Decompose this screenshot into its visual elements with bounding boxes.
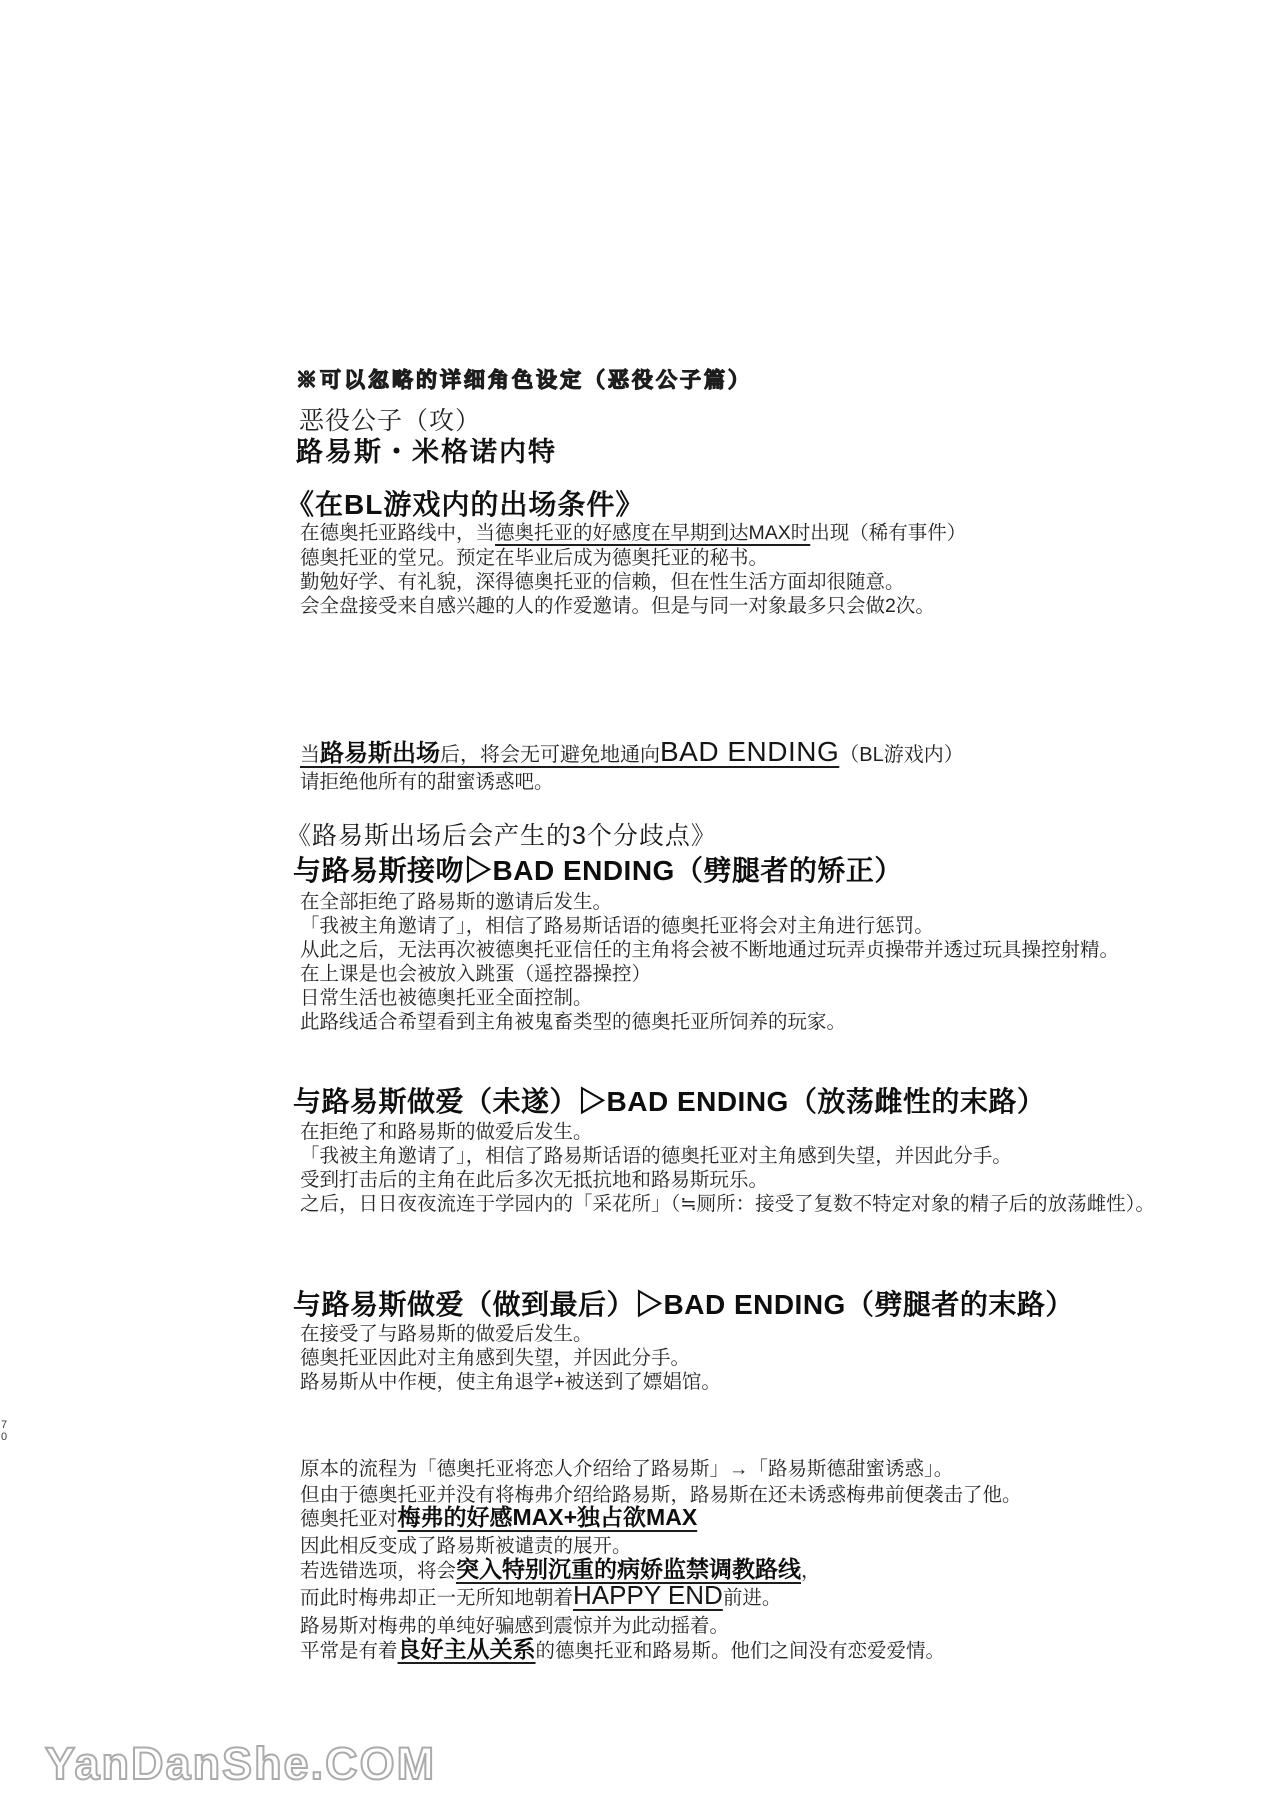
watermark: YanDanShe.COM — [45, 1738, 436, 1790]
note-title: ※可以忽略的详细角色设定（恶役公子篇） — [296, 364, 752, 394]
branch-line: 受到打击后的主角在此后多次无抵抗地和路易斯玩乐。 — [300, 1168, 1155, 1192]
branch-line: 此路线适合希望看到主角被鬼畜类型的德奥托亚所饲养的玩家。 — [300, 1010, 1119, 1034]
branch-1-title: 与路易斯接吻▷BAD ENDING（劈腿者的矫正） — [293, 849, 903, 889]
branch-line: 日常生活也被德奥托亚全面控制。 — [300, 986, 1119, 1010]
notes-line-8-pre: 平常是有着 — [300, 1640, 398, 1662]
notes-line-3-bold: 梅弗的好感MAX+独占欲MAX — [398, 1504, 698, 1530]
branch-line: 在全部拒绝了路易斯的邀请后发生。 — [300, 890, 1119, 914]
branch-line: 之后，日日夜夜流连于学园内的「采花所」（≒厕所：接受了复数不特定对象的精子后的放… — [300, 1192, 1155, 1216]
branch-line: 「我被主角邀请了」，相信了路易斯话语的德奥托亚对主角感到失望，并因此分手。 — [300, 1144, 1155, 1168]
branch-line: 在上课是也会被放入跳蛋（遥控器操控） — [300, 962, 1119, 986]
notes-line-8: 平常是有着良好主从关系的德奥托亚和路易斯。他们之间没有恋爱爱情。 — [300, 1631, 945, 1664]
document-page: ※可以忽略的详细角色设定（恶役公子篇） 恶役公子（攻） 路易斯・米格诺内特 《在… — [0, 0, 1280, 1808]
warning-line: 当路易斯出场后，将会无可避免地通向BAD ENDING（BL游戏内） — [300, 733, 964, 768]
warning-run-pre: 当 — [300, 744, 320, 766]
appearance-line-1-post: 出现（稀有事件） — [810, 522, 966, 544]
notes-line-6: 而此时梅弗却正一无所知地朝着HAPPY END前进。 — [300, 1580, 781, 1611]
branch-1-lines: 在全部拒绝了路易斯的邀请后发生。 「我被主角邀请了」，相信了路易斯话语的德奥托亚… — [300, 890, 1119, 1034]
notes-line-1: 原本的流程为「德奥托亚将恋人介绍给了路易斯」→「路易斯德甜蜜诱惑」。 — [300, 1453, 953, 1481]
notes-line-5-post: ， — [801, 1560, 821, 1582]
warning-run-suffix: （BL游戏内） — [839, 744, 963, 766]
page-number: 7 0 — [1, 1419, 13, 1443]
branch-3-title: 与路易斯做爱（做到最后）▷BAD ENDING（劈腿者的末路） — [293, 1283, 1074, 1323]
warning-run-bold: 路易斯出场 — [320, 740, 440, 767]
notes-line-8-bold: 良好主从关系 — [398, 1636, 536, 1662]
appearance-line-1-pre: 在德奥托亚路线中，当 — [300, 522, 495, 544]
notes-line-5-bold: 突入特别沉重的病娇监禁调教路线 — [456, 1556, 801, 1582]
appearance-line-3: 勤勉好学、有礼貌，深得德奥托亚的信赖，但在性生活方面却很随意。 — [300, 570, 905, 594]
notes-line-5-pre: 若选错选项，将会 — [300, 1560, 456, 1582]
branch-line: 在接受了与路易斯的做爱后发生。 — [300, 1322, 721, 1346]
notes-line-6-big: HAPPY END — [573, 1580, 723, 1610]
appearance-line-4: 会全盘接受来自感兴趣的人的作爱邀请。但是与同一对象最多只会做2次。 — [300, 594, 935, 618]
notes-line-3: 德奥托亚对梅弗的好感MAX+独占欲MAX — [300, 1499, 697, 1532]
warning-note: 请拒绝他所有的甜蜜诱惑吧。 — [300, 770, 554, 794]
appearance-line-2: 德奥托亚的堂兄。预定在毕业后成为德奥托亚的秘书。 — [300, 546, 768, 570]
branches-heading: 《路易斯出场后会产生的3个分歧点》 — [286, 816, 717, 852]
branch-line: 在拒绝了和路易斯的做爱后发生。 — [300, 1120, 1155, 1144]
warning-run-ending: BAD ENDING — [660, 736, 839, 767]
warning-run-mid: 后，将会无可避免地通向 — [440, 744, 660, 766]
branch-2-lines: 在拒绝了和路易斯的做爱后发生。 「我被主角邀请了」，相信了路易斯话语的德奥托亚对… — [300, 1120, 1155, 1216]
branch-line: 从此之后，无法再次被德奥托亚信任的主角将会被不断地通过玩弄贞操带并透过玩具操控射… — [300, 938, 1119, 962]
appearance-line-1-underlined: 德奥托亚的好感度在早期到达MAX时 — [495, 522, 810, 544]
notes-line-6-post: 前进。 — [723, 1587, 782, 1609]
notes-line-3-pre: 德奥托亚对 — [300, 1508, 398, 1530]
page-number-digit: 0 — [1, 1431, 13, 1443]
notes-line-8-post: 的德奥托亚和路易斯。他们之间没有恋爱爱情。 — [536, 1640, 946, 1662]
branch-line: 德奥托亚因此对主角感到失望，并因此分手。 — [300, 1346, 721, 1370]
branch-3-lines: 在接受了与路易斯的做爱后发生。 德奥托亚因此对主角感到失望，并因此分手。 路易斯… — [300, 1322, 721, 1394]
page-number-digit: 7 — [1, 1419, 13, 1431]
appearance-line-1: 在德奥托亚路线中，当德奥托亚的好感度在早期到达MAX时出现（稀有事件） — [300, 521, 966, 545]
branch-line: 路易斯从中作梗，使主角退学+被送到了嫖娼馆。 — [300, 1370, 721, 1394]
branch-2-title: 与路易斯做爱（未遂）▷BAD ENDING（放荡雌性的末路） — [293, 1080, 1045, 1120]
notes-line-6-pre: 而此时梅弗却正一无所知地朝着 — [300, 1587, 573, 1609]
appearance-heading: 《在BL游戏内的出场条件》 — [286, 483, 644, 523]
character-name: 路易斯・米格诺内特 — [296, 430, 557, 469]
branch-line: 「我被主角邀请了」，相信了路易斯话语的德奥托亚将会对主角进行惩罚。 — [300, 914, 1119, 938]
